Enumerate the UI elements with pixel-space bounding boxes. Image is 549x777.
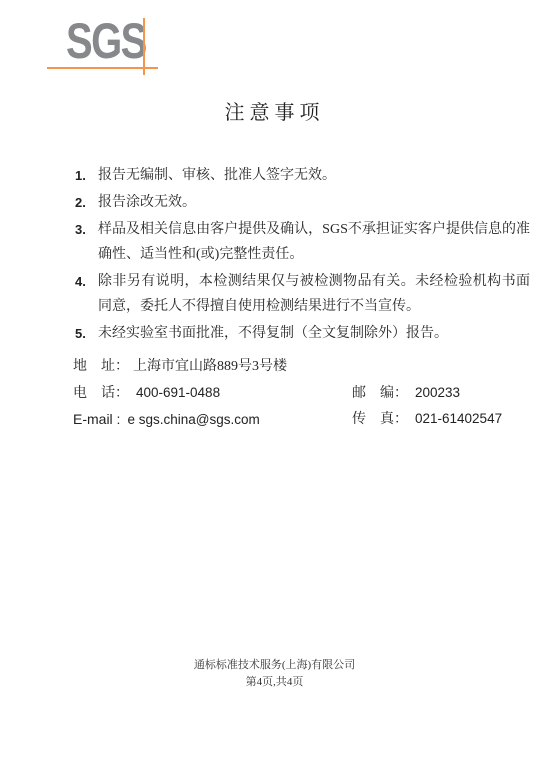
footer-company-name: 通标标准技术服务(上海)有限公司 bbox=[0, 657, 549, 674]
note-number: 1. bbox=[75, 163, 98, 188]
note-text: 样品及相关信息由客户提供及确认，SGS不承担证实客户提供信息的准确性、适当性和(… bbox=[98, 217, 530, 267]
zip-value: 200233 bbox=[415, 385, 460, 400]
note-text: 除非另有说明，本检测结果仅与被检测物品有关。未经检验机构书面同意，委托人不得擅自… bbox=[98, 269, 530, 319]
fax-value: 021-61402547 bbox=[415, 411, 502, 426]
contact-row-address: 地 址：上海市宜山路889号3号楼 bbox=[73, 354, 513, 380]
address-value: 上海市宜山路889号3号楼 bbox=[133, 359, 287, 374]
fax-label: 传 真： bbox=[352, 412, 408, 427]
email-value: e sgs.china@sgs.com bbox=[127, 412, 259, 427]
sgs-logo: SGS bbox=[47, 18, 177, 80]
contact-row-phone-zip: 电 话：400-691-0488 邮 编：200233 bbox=[73, 380, 513, 406]
logo-crosshair-horizontal-line bbox=[47, 67, 158, 69]
phone-label: 电 话： bbox=[73, 386, 129, 401]
zip-label: 邮 编： bbox=[352, 386, 408, 401]
page-footer: 通标标准技术服务(上海)有限公司 第4页,共4页 bbox=[0, 657, 549, 691]
phone-value: 400-691-0488 bbox=[136, 385, 220, 400]
list-item: 3. 样品及相关信息由客户提供及确认，SGS不承担证实客户提供信息的准确性、适当… bbox=[75, 217, 530, 267]
address-label: 地 址： bbox=[73, 359, 129, 374]
note-number: 5. bbox=[75, 321, 98, 346]
note-text: 未经实验室书面批准，不得复制（全文复制除外）报告。 bbox=[98, 321, 530, 346]
page-title: 注意事项 bbox=[0, 100, 549, 126]
sgs-logo-text: SGS bbox=[66, 11, 146, 71]
list-item: 5. 未经实验室书面批准，不得复制（全文复制除外）报告。 bbox=[75, 321, 530, 346]
list-item: 4. 除非另有说明，本检测结果仅与被检测物品有关。未经检验机构书面同意，委托人不… bbox=[75, 269, 530, 319]
email-label: E-mail : bbox=[73, 411, 120, 427]
footer-page-number: 第4页,共4页 bbox=[0, 674, 549, 691]
note-number: 4. bbox=[75, 269, 98, 319]
notes-list: 1. 报告无编制、审核、批准人签字无效。 2. 报告涂改无效。 3. 样品及相关… bbox=[75, 163, 530, 348]
note-number: 3. bbox=[75, 217, 98, 267]
note-text: 报告无编制、审核、批准人签字无效。 bbox=[98, 163, 530, 188]
list-item: 1. 报告无编制、审核、批准人签字无效。 bbox=[75, 163, 530, 188]
note-number: 2. bbox=[75, 190, 98, 215]
list-item: 2. 报告涂改无效。 bbox=[75, 190, 530, 215]
note-text: 报告涂改无效。 bbox=[98, 190, 530, 215]
contact-row-email-fax: E-mail :e sgs.china@sgs.com 传 真：021-6140… bbox=[73, 406, 513, 432]
report-page: SGS 注意事项 1. 报告无编制、审核、批准人签字无效。 2. 报告涂改无效。… bbox=[0, 0, 549, 777]
contact-block: 地 址：上海市宜山路889号3号楼 电 话：400-691-0488 邮 编：2… bbox=[73, 354, 513, 432]
